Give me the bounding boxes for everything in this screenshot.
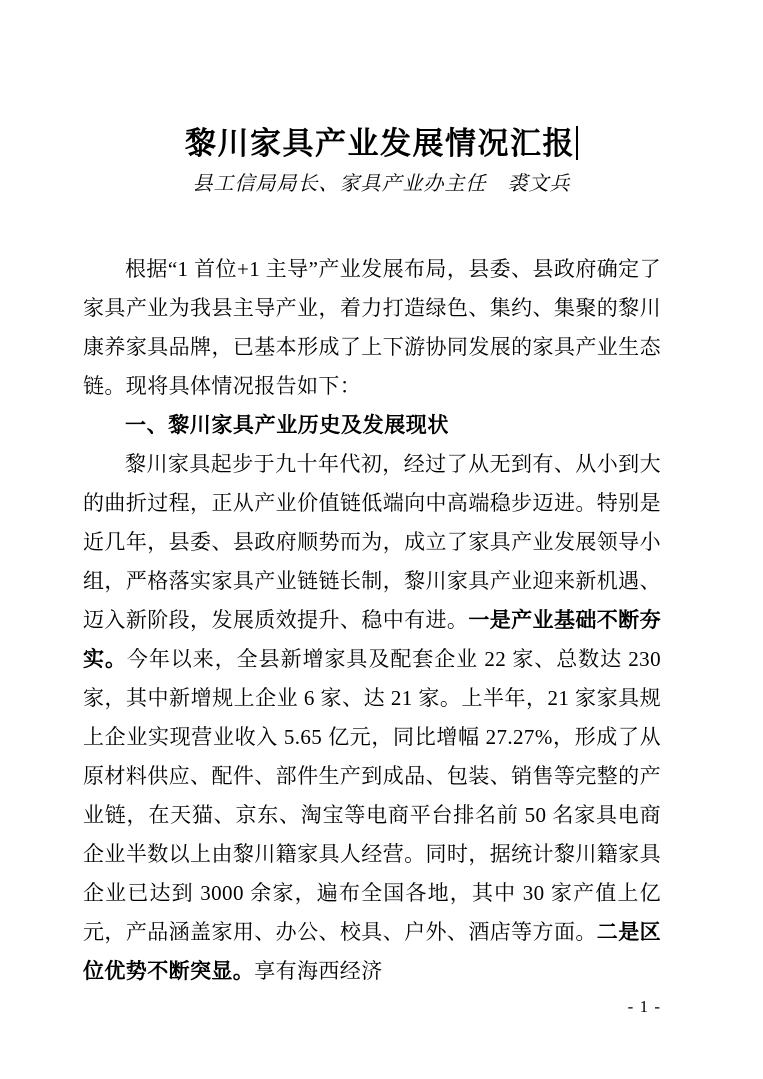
paragraph-intro[interactable]: 根据“1 首位+1 主导”产业发展布局，县委、县政府确定了家具产业为我县主导产业… (83, 250, 661, 406)
page-title[interactable]: 黎川家具产业发展情况汇报 (0, 122, 763, 166)
page-number: - 1 - (83, 997, 661, 1017)
section1-text-run: 今年以来，全县新增家具及配套企业 22 家、总数达 230 家，其中新增规上企业… (83, 647, 661, 944)
byline[interactable]: 县工信局局长、家具产业办主任 裘文兵 (0, 169, 763, 199)
section1-heading[interactable]: 一、黎川家具产业历史及发展现状 (83, 406, 661, 445)
page-title-text: 黎川家具产业发展情况汇报 (185, 126, 575, 161)
document-body[interactable]: 根据“1 首位+1 主导”产业发展布局，县委、县政府确定了家具产业为我县主导产业… (83, 250, 661, 991)
text-cursor (576, 126, 578, 160)
section1-text-run: 享有海西经济 (254, 959, 382, 983)
document-page: 黎川家具产业发展情况汇报 县工信局局长、家具产业办主任 裘文兵 根据“1 首位+… (0, 0, 763, 1079)
section1-text-run: 黎川家具起步于九十年代初，经过了从无到有、从小到大的曲折过程，正从产业价值链低端… (83, 452, 661, 632)
paragraph-section1[interactable]: 黎川家具起步于九十年代初，经过了从无到有、从小到大的曲折过程，正从产业价值链低端… (83, 445, 661, 991)
